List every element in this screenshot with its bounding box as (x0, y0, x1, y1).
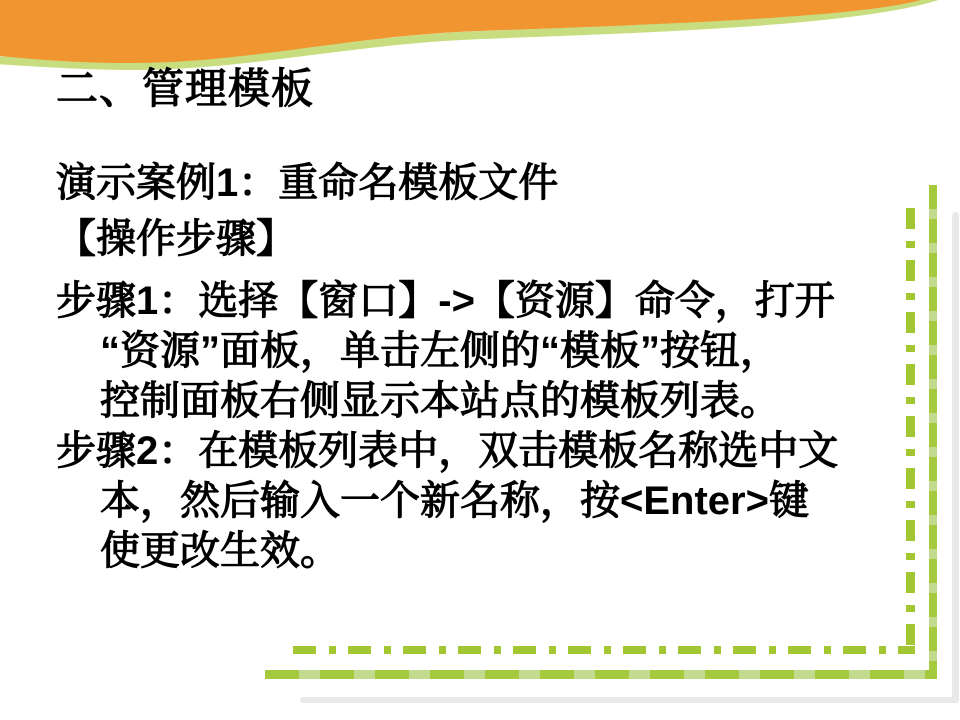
body-line-case: 演示案例1：重命名模板文件 (56, 158, 916, 208)
body-line-steps-header: 【操作步骤】 (56, 214, 916, 264)
body-line-step2-cont2: 使更改生效。 (56, 526, 916, 576)
gray-shadow-edge-horizontal (300, 697, 959, 703)
dashdot-border-horizontal (293, 646, 915, 654)
slide: 二、管理模板 演示案例1：重命名模板文件 【操作步骤】 步骤1：选择【窗口】->… (0, 0, 960, 720)
twotone-dash-border-horizontal (265, 670, 937, 679)
banner-orange-shape (0, 0, 921, 63)
slide-title: 二、管理模板 (56, 64, 314, 114)
body-line-step1-cont1: “资源”面板，单击左侧的“模板”按钮， (56, 326, 916, 376)
dashdot-border-vertical (906, 208, 915, 652)
body-line-step1-cont2: 控制面板右侧显示本站点的模板列表。 (56, 376, 916, 426)
body-line-step2-cont1: 本，然后输入一个新名称，按<Enter>键 (56, 476, 916, 526)
body-line-step1: 步骤1：选择【窗口】->【资源】命令，打开 (56, 276, 916, 326)
body-line-step2: 步骤2：在模板列表中，双击模板名称选中文 (56, 426, 916, 476)
twotone-dash-border-vertical (929, 185, 937, 678)
slide-body: 演示案例1：重命名模板文件 【操作步骤】 步骤1：选择【窗口】->【资源】命令，… (56, 158, 916, 576)
gray-shadow-edge-vertical (952, 212, 959, 703)
